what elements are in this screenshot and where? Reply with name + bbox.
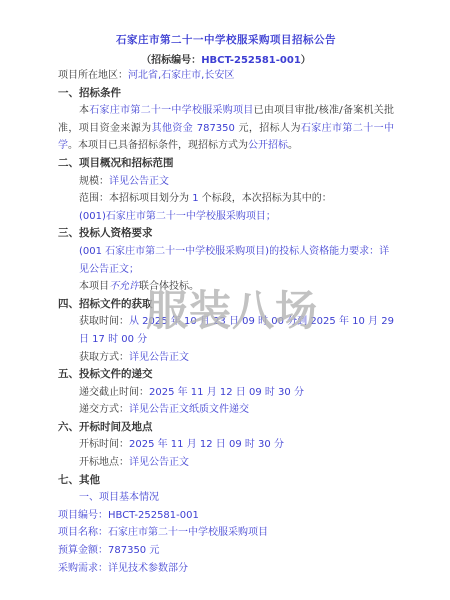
text-segment: 不允许 xyxy=(109,281,139,292)
text-segment: 2025 年 11 月 12 日 09 时 30 分 xyxy=(149,387,304,398)
obtain-time-line: 获取时间：从 2025 年 10 月 23 日 09 时 00 分到 2025 … xyxy=(58,313,394,348)
text-segment: 开标时间： xyxy=(79,439,129,450)
text-segment: 个标段，本次招标为其中的： xyxy=(199,193,332,204)
lot-line: (001)石家庄市第二十一中学校服采购项目； xyxy=(58,208,394,226)
text-segment: 预算金额：787350 元 xyxy=(58,545,159,556)
text-segment: 六、开标时间及地点 xyxy=(58,421,153,433)
text-segment: 递交截止时间： xyxy=(79,387,149,398)
consortium-line: 本项目不允许联合体投标。 xyxy=(58,278,394,296)
text-segment: 本 xyxy=(79,105,89,116)
page-title: 石家庄市第二十一中学校服采购项目招标公告 xyxy=(58,33,394,47)
obtain-method-line: 获取方式：详见公告正文 xyxy=(58,349,394,367)
text-segment: 递交方式： xyxy=(79,404,129,415)
qualification-line: (001 石家庄市第二十一中学校服采购项目)的投标人资格能力要求：详见公告正文； xyxy=(58,243,394,278)
text-segment: 河北省,石家庄市,长安区 xyxy=(128,70,234,81)
text-segment: 规模： xyxy=(79,176,109,187)
text-segment: 详见公告正文 xyxy=(109,176,169,187)
open-place-line: 开标地点：详见公告正文 xyxy=(58,454,394,472)
text-segment: 范围：本招标项目划分为 xyxy=(79,193,192,204)
requirement-line: 采购需求：详见技术参数部分 xyxy=(58,560,394,578)
text-segment: 项目所在地区： xyxy=(58,70,128,81)
text-segment: 项目编号：HBCT-252581-001 xyxy=(58,510,199,521)
document-content: 石家庄市第二十一中学校服采购项目招标公告 （招标编号：HBCT-252581-0… xyxy=(0,0,450,577)
project-name-line: 项目名称：石家庄市第二十一中学校服采购项目 xyxy=(58,524,394,542)
submit-method-line: 递交方式：详见公告正文纸质文件递交 xyxy=(58,401,394,419)
scope-line: 范围：本招标项目划分为 1 个标段，本次招标为其中的： xyxy=(58,190,394,208)
text-segment: 采购需求：详见技术参数部分 xyxy=(58,563,188,574)
section-5-heading: 五、投标文件的递交 xyxy=(58,366,394,384)
text-segment: 详见公告正文纸质文件递交 xyxy=(129,404,249,415)
section-1-heading: 一、招标条件 xyxy=(58,85,394,103)
project-region-line: 项目所在地区：河北省,石家庄市,长安区 xyxy=(58,67,394,85)
budget-line: 预算金额：787350 元 xyxy=(58,542,394,560)
text-segment: 详见公告正文 xyxy=(129,457,189,468)
text-segment: 五、投标文件的递交 xyxy=(58,368,153,380)
text-segment: 获取时间： xyxy=(79,316,129,327)
text-segment: 联合体投标。 xyxy=(139,281,199,292)
text-segment: (001 石家庄市第二十一中学校服采购项目)的投标人资格能力要求：详见公告正文； xyxy=(79,246,389,275)
section-3-heading: 三、投标人资格要求 xyxy=(58,225,394,243)
project-number-line: 项目编号：HBCT-252581-001 xyxy=(58,507,394,525)
section-1-paragraph: 本石家庄市第二十一中学校服采购项目已由项目审批/核准/备案机关批准，项目资金来源… xyxy=(58,102,394,155)
text-segment: 开标地点： xyxy=(79,457,129,468)
text-segment: 详见公告正文 xyxy=(129,352,189,363)
open-time-line: 开标时间：2025 年 11 月 12 日 09 时 30 分 xyxy=(58,436,394,454)
text-segment: 。 xyxy=(288,140,298,151)
text-segment: 四、招标文件的获取 xyxy=(58,298,153,310)
text-segment: 元，招标人为 xyxy=(235,123,301,134)
text-segment: 。本项目已具备招标条件，现招标方式为 xyxy=(68,140,248,151)
scale-line: 规模：详见公告正文 xyxy=(58,173,394,191)
text-segment: 一、项目基本情况 xyxy=(79,492,159,503)
basic-info-subheading: 一、项目基本情况 xyxy=(58,489,394,507)
tender-number-suffix: ） xyxy=(301,55,311,66)
text-segment: 其他资金 787350 xyxy=(152,123,235,134)
tender-number-value: HBCT-252581-001 xyxy=(201,55,301,66)
text-segment: 一、招标条件 xyxy=(58,87,121,99)
text-segment: 石家庄市第二十一中学校服采购项目 xyxy=(89,105,253,116)
tender-number-line: （招标编号：HBCT-252581-001） xyxy=(58,54,394,67)
text-segment: 三、投标人资格要求 xyxy=(58,227,153,239)
text-segment: 2025 年 11 月 12 日 09 时 30 分 xyxy=(129,439,284,450)
text-segment: 二、项目概况和招标范围 xyxy=(58,157,174,169)
section-7-heading: 七、其他 xyxy=(58,472,394,490)
text-segment: 项目名称：石家庄市第二十一中学校服采购项目 xyxy=(58,527,268,538)
text-segment: 获取方式： xyxy=(79,352,129,363)
section-6-heading: 六、开标时间及地点 xyxy=(58,419,394,437)
tender-announcement-page: 石家庄市第二十一中学校服采购项目招标公告 （招标编号：HBCT-252581-0… xyxy=(0,0,450,600)
text-segment: 公开招标 xyxy=(248,140,288,151)
text-segment: (001)石家庄市第二十一中学校服采购项目； xyxy=(79,211,276,222)
submit-deadline-line: 递交截止时间：2025 年 11 月 12 日 09 时 30 分 xyxy=(58,384,394,402)
section-4-heading: 四、招标文件的获取 xyxy=(58,296,394,314)
text-segment: 七、其他 xyxy=(58,474,100,486)
text-segment: 本项目 xyxy=(79,281,109,292)
tender-number-prefix: （招标编号： xyxy=(141,55,201,66)
section-2-heading: 二、项目概况和招标范围 xyxy=(58,155,394,173)
